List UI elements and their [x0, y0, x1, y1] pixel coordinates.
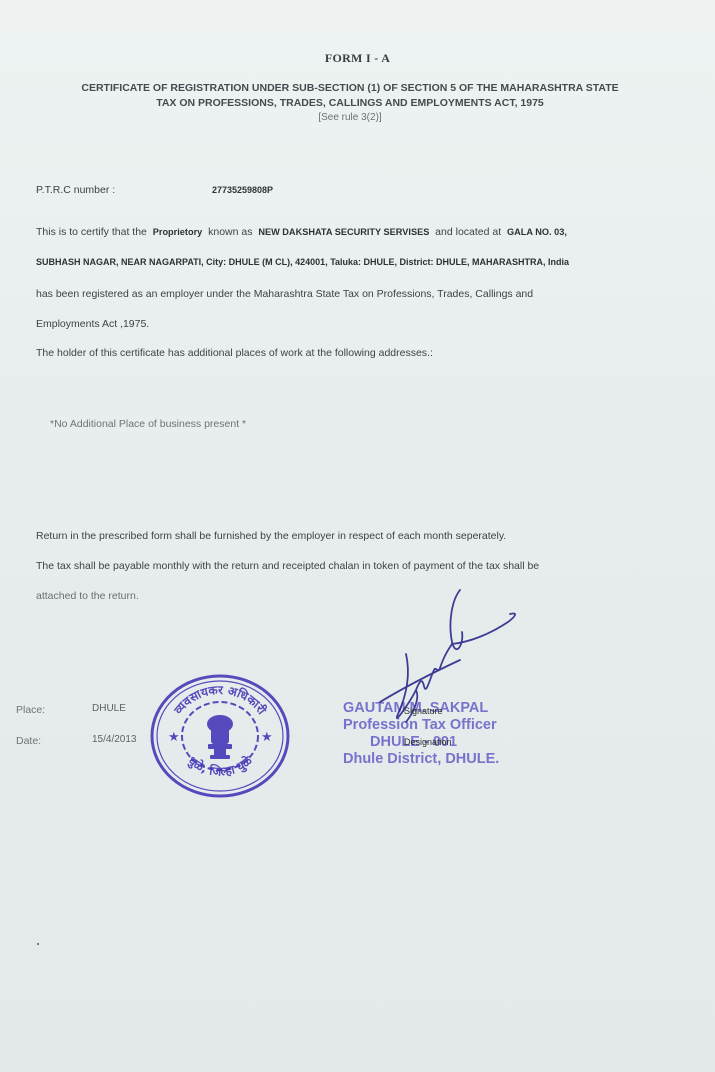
payment-condition: The tax shall be payable monthly with th…: [36, 560, 539, 572]
return-condition: Return in the prescribed form shall be f…: [36, 530, 506, 542]
address-line2: SUBHASH NAGAR, NEAR NAGARPATI, City: DHU…: [36, 257, 569, 267]
certify-intro: This is to certify that the: [36, 226, 147, 238]
payment-condition-cont: attached to the return.: [36, 590, 139, 602]
place-label: Place:: [16, 704, 45, 716]
registered-line2: Employments Act ,1975.: [36, 318, 149, 330]
svg-text:व्यवसायकर अधिकारी: व्यवसायकर अधिकारी: [171, 683, 270, 718]
certificate-heading-line2: TAX ON PROFESSIONS, TRADES, CALLINGS AND…: [0, 97, 700, 109]
svg-text:★: ★: [261, 730, 273, 745]
date-label: Date:: [16, 735, 41, 747]
seal-top-text: व्यवसायकर अधिकारी: [171, 683, 270, 718]
signature-label: Signature: [404, 706, 443, 716]
additional-places-text: The holder of this certificate has addit…: [36, 347, 433, 359]
no-additional-place-note: *No Additional Place of business present…: [50, 418, 246, 430]
registered-line1: has been registered as an employer under…: [36, 288, 533, 300]
address-line1: GALA NO. 03,: [507, 227, 567, 237]
official-seal-icon: व्यवसायकर अधिकारी धुळे, जिल्हा धुळे ★ ★: [148, 672, 292, 800]
svg-text:★: ★: [168, 730, 180, 745]
speck-mark: [37, 943, 39, 945]
place-value: DHULE: [92, 703, 126, 714]
see-rule-note: [See rule 3(2)]: [0, 112, 700, 123]
stamp-district: Dhule District, DHULE.: [343, 751, 499, 768]
located-at-text: and located at: [435, 226, 501, 238]
certify-line: This is to certify that the Proprietory …: [36, 226, 567, 238]
certificate-heading-line1: CERTIFICATE OF REGISTRATION UNDER SUB-SE…: [0, 82, 700, 94]
entity-type: Proprietory: [153, 227, 203, 237]
ptrc-label: P.T.R.C number :: [36, 184, 115, 196]
designation-label: Designation: [404, 737, 452, 747]
date-value: 15/4/2013: [92, 734, 137, 745]
business-name: NEW DAKSHATA SECURITY SERVISES: [258, 227, 429, 237]
ptrc-value: 27735259808P: [212, 185, 273, 195]
form-title: FORM I - A: [0, 51, 715, 66]
known-as-text: known as: [208, 226, 252, 238]
